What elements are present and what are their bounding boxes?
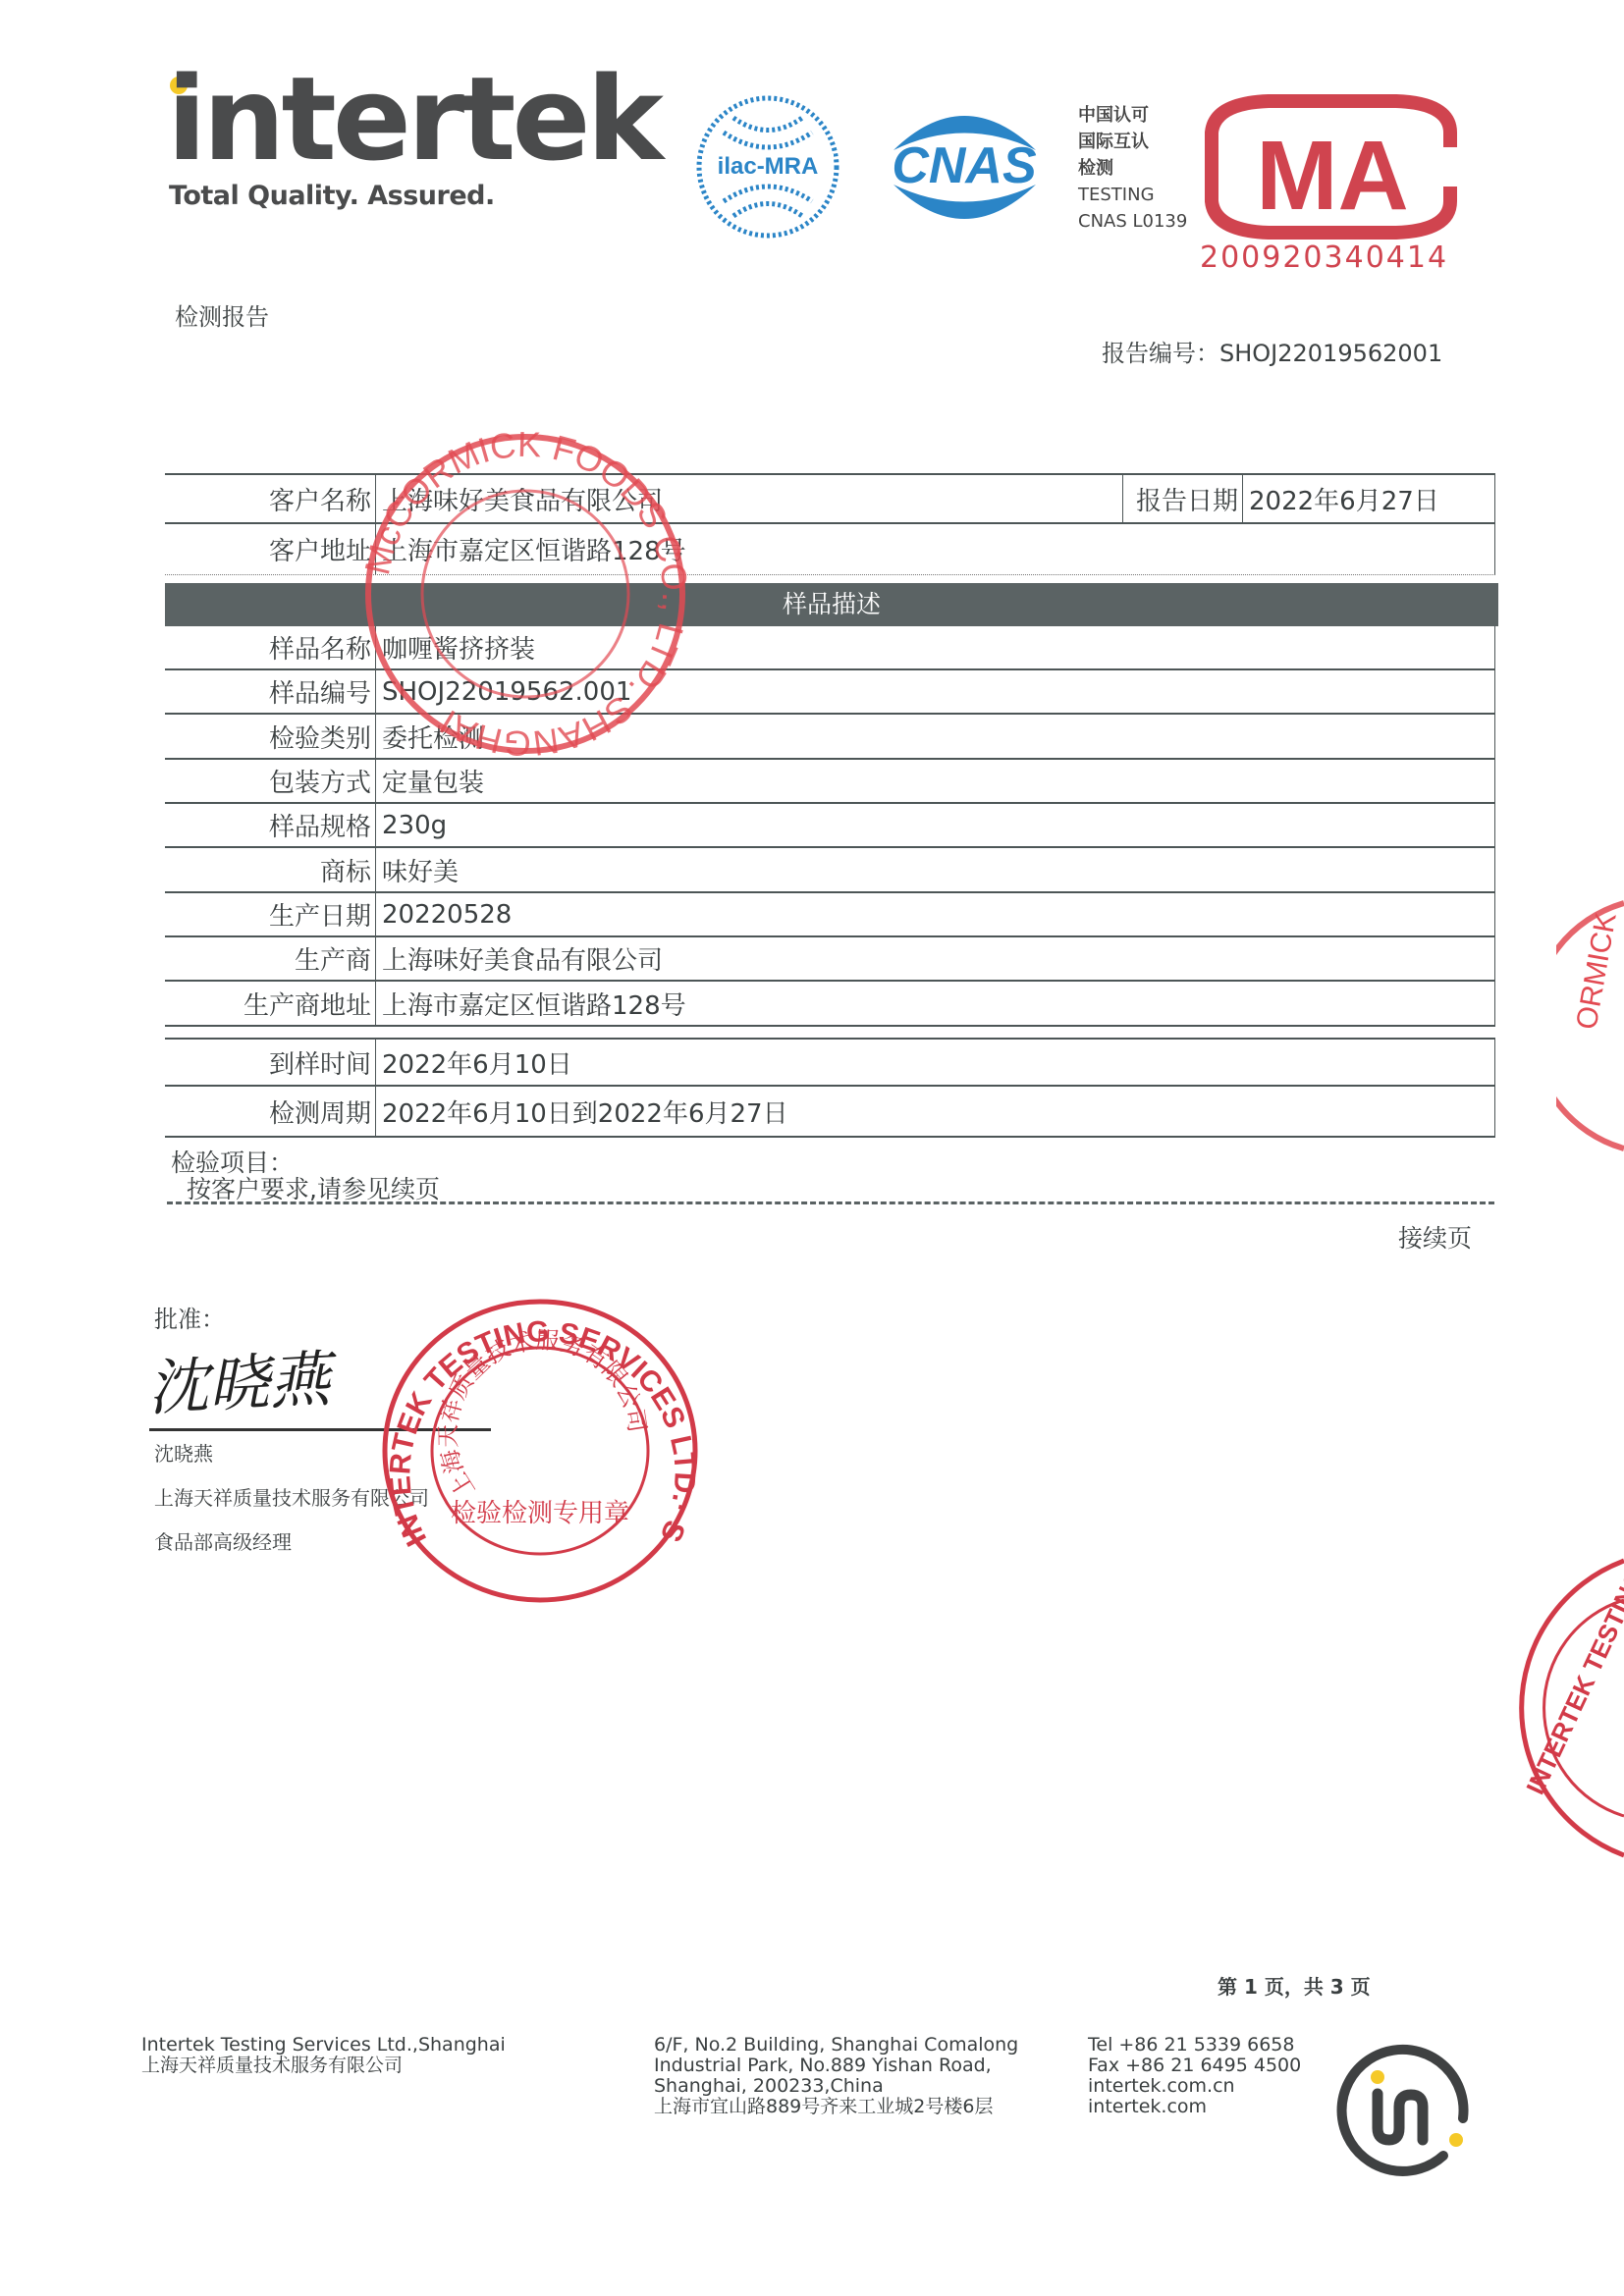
row-label: 样品名称 xyxy=(165,626,376,668)
row-label: 检验类别 xyxy=(165,715,376,758)
footer-company: Intertek Testing Services Ltd.,Shanghai … xyxy=(141,2035,506,2076)
footer-address: 6/F, No.2 Building, Shanghai Comalong In… xyxy=(654,2035,1018,2117)
row-value: 230g xyxy=(376,811,447,840)
intertek-logo: intertek xyxy=(167,61,660,177)
table-row: 生产日期20220528 xyxy=(165,893,1495,937)
tagline: Total Quality. Assured. xyxy=(169,181,495,211)
row-value: 2022年6月10日 xyxy=(376,1044,572,1081)
row-label: 生产商地址 xyxy=(165,982,376,1025)
ilac-mra-logo-icon: ilac-MRA xyxy=(694,93,841,240)
table-row: 包装方式定量包装 xyxy=(165,760,1495,804)
row-value: 味好美 xyxy=(376,852,459,888)
continued-label: 接续页 xyxy=(1398,1219,1472,1255)
table-row: 样品规格230g xyxy=(165,804,1495,848)
svg-text:检验检测专用章: 检验检测专用章 xyxy=(451,1499,629,1528)
test-items-body: 按客户要求,请参见续页 xyxy=(187,1170,440,1205)
row-label: 生产日期 xyxy=(165,893,376,935)
table-row: 商标味好美 xyxy=(165,848,1495,893)
row-label: 到样时间 xyxy=(165,1040,376,1085)
table-row: 生产商地址上海市嘉定区恒谐路128号 xyxy=(165,982,1495,1027)
svg-text:CNAS: CNAS xyxy=(892,137,1037,194)
row-label: 包装方式 xyxy=(165,760,376,802)
cma-logo-icon: MA xyxy=(1200,93,1465,240)
edge-stamp-right-bottom-icon: INTERTEK TESTING xyxy=(1502,1551,1624,1865)
svg-text:ilac-MRA: ilac-MRA xyxy=(718,153,819,180)
row-value: 上海味好美食品有限公司 xyxy=(376,940,663,977)
approver-title: 食品部高级经理 xyxy=(154,1526,292,1555)
client-stamp-icon: McCORMICK FOODS CO., LTD. SHANGHAI xyxy=(358,427,692,761)
row-label: 生产商 xyxy=(165,937,376,980)
table-row: 到样时间2022年6月10日 xyxy=(165,1038,1495,1087)
row-label: 样品规格 xyxy=(165,804,376,846)
report-number: 报告编号：SHOJ22019562001 xyxy=(1102,334,1442,368)
dashed-divider xyxy=(167,1201,1494,1204)
row-value: 上海市嘉定区恒谐路128号 xyxy=(376,986,686,1022)
svg-text:McCORMICK FOODS CO., LTD. SHAN: McCORMICK FOODS CO., LTD. SHANGHAI xyxy=(358,427,692,761)
approval-label: 批准： xyxy=(154,1300,225,1334)
cma-number: 200920340414 xyxy=(1200,240,1448,275)
svg-text:MA: MA xyxy=(1256,121,1409,231)
table-row: 检测周期2022年6月10日到2022年6月27日 xyxy=(165,1087,1495,1138)
approver-name: 沈晓燕 xyxy=(154,1438,213,1467)
page-number: 第 1 页，共 3 页 xyxy=(1218,1971,1371,2000)
footer-contact: Tel +86 21 5339 6658 Fax +86 21 6495 450… xyxy=(1088,2035,1301,2117)
edge-stamp-right-top-icon: ORMICK xyxy=(1556,893,1624,1158)
row-value: 2022年6月10日到2022年6月27日 xyxy=(376,1094,788,1130)
row-label: 检测周期 xyxy=(165,1087,376,1136)
row-label: 样品编号 xyxy=(165,670,376,713)
row-label: 商标 xyxy=(165,848,376,891)
intertek-official-stamp-icon: INTERTEK TESTING SERVICES LTD.· SHANGHAI… xyxy=(378,1294,702,1608)
row-value: 20220528 xyxy=(376,900,512,930)
cnas-logo-icon: CNAS xyxy=(874,96,1056,234)
signature: 沈晓燕 xyxy=(145,1330,332,1427)
intertek-in-logo-icon xyxy=(1330,2030,1478,2177)
svg-text:INTERTEK TESTING: INTERTEK TESTING xyxy=(1520,1564,1624,1798)
cnas-accreditation-text: 中国认可 国际互认 检测 TESTING CNAS L0139 xyxy=(1078,102,1187,235)
row-value: 定量包装 xyxy=(376,763,484,799)
table-row: 生产商上海味好美食品有限公司 xyxy=(165,937,1495,982)
document-title: 检测报告 xyxy=(175,297,269,332)
